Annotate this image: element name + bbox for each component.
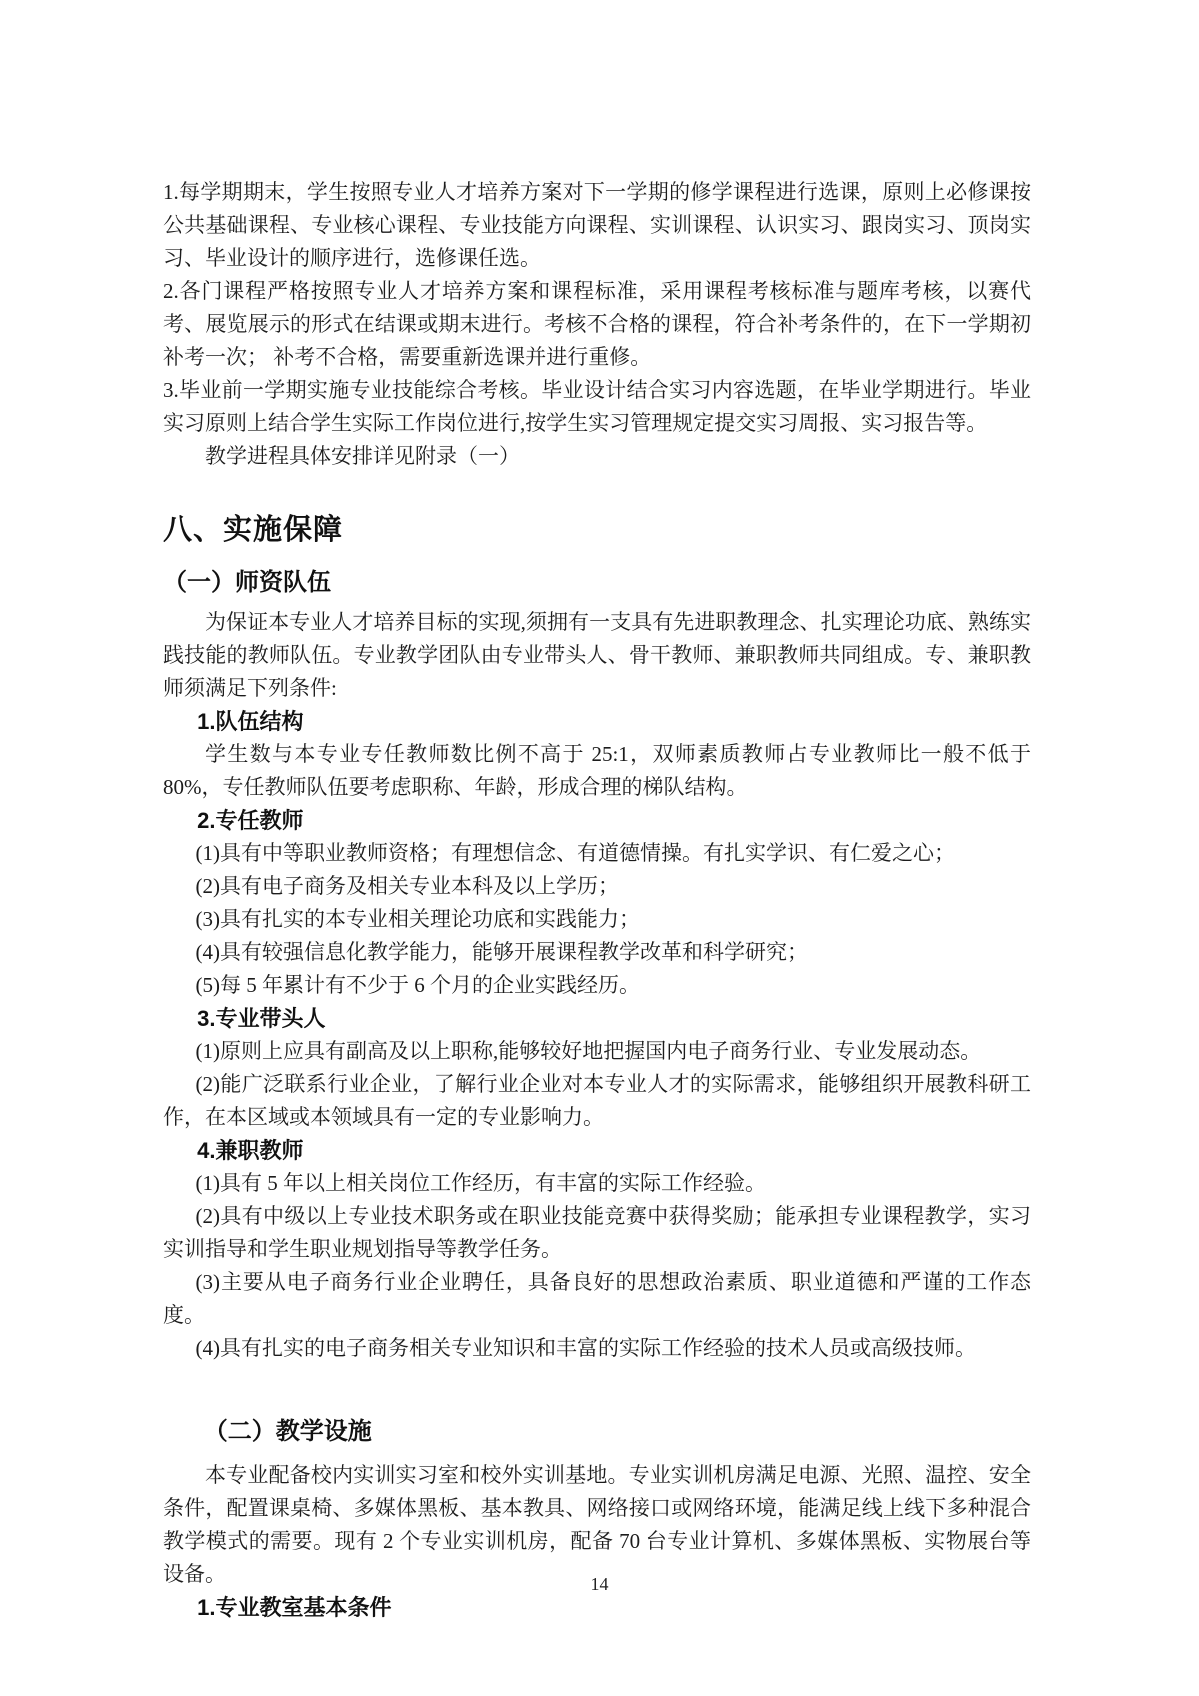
parttime-teacher-item: (2)具有中级以上专业技术职务或在职业技能竞赛中获得奖励；能承担专业课程教学，实… [163, 1200, 1031, 1266]
faculty-intro: 为保证本专业人才培养目标的实现,须拥有一支具有先进职教理念、扎实理论功底、熟练实… [163, 606, 1031, 705]
parttime-teacher-item: (1)具有 5 年以上相关岗位工作经历，有丰富的实际工作经验。 [163, 1167, 1031, 1200]
sub-heading-program-leader: 3.专业带头人 [163, 1002, 1031, 1035]
fulltime-teacher-item: (1)具有中等职业教师资格；有理想信念、有道德情操。有扎实学识、有仁爱之心； [163, 837, 1031, 870]
section-title-faculty: （一）师资队伍 [163, 566, 1031, 600]
fulltime-teacher-item: (2)具有电子商务及相关专业本科及以上学历； [163, 870, 1031, 903]
chapter-title: 八、实施保障 [163, 510, 1031, 550]
assessment-rule-2: 2.各门课程严格按照专业人才培养方案和课程标准，采用课程考核标准与题库考核，以赛… [163, 275, 1031, 374]
program-leader-item: (1)原则上应具有副高及以上职称,能够较好地把握国内电子商务行业、专业发展动态。 [163, 1035, 1031, 1068]
sub-heading-parttime-teachers: 4.兼职教师 [163, 1134, 1031, 1167]
sub-heading-fulltime-teachers: 2.专任教师 [163, 804, 1031, 837]
sub-heading-team-structure: 1.队伍结构 [163, 705, 1031, 738]
document-page: 1.每学期期末，学生按照专业人才培养方案对下一学期的修学课程进行选课，原则上必修… [0, 0, 1199, 1696]
fulltime-teacher-item: (4)具有较强信息化教学能力，能够开展课程教学改革和科学研究； [163, 936, 1031, 969]
team-structure-body: 学生数与本专业专任教师数比例不高于 25:1，双师素质教师占专业教师比一般不低于… [163, 738, 1031, 804]
page-number: 14 [0, 1572, 1199, 1596]
fulltime-teacher-item: (3)具有扎实的本专业相关理论功底和实践能力； [163, 903, 1031, 936]
assessment-rule-1: 1.每学期期末，学生按照专业人才培养方案对下一学期的修学课程进行选课，原则上必修… [163, 176, 1031, 275]
fulltime-teacher-item: (5)每 5 年累计有不少于 6 个月的企业实践经历。 [163, 969, 1031, 1002]
assessment-rule-3: 3.毕业前一学期实施专业技能综合考核。毕业设计结合实习内容选题，在毕业学期进行。… [163, 374, 1031, 440]
section-title-facilities: （二）教学设施 [163, 1415, 1031, 1449]
program-leader-item: (2)能广泛联系行业企业，了解行业企业对本专业人才的实际需求，能够组织开展教科研… [163, 1068, 1031, 1134]
parttime-teacher-item: (4)具有扎实的电子商务相关专业知识和丰富的实际工作经验的技术人员或高级技师。 [163, 1332, 1031, 1365]
parttime-teacher-item: (3)主要从电子商务行业企业聘任，具备良好的思想政治素质、职业道德和严谨的工作态… [163, 1266, 1031, 1332]
appendix-note: 教学进程具体安排详见附录（一） [163, 440, 1031, 473]
